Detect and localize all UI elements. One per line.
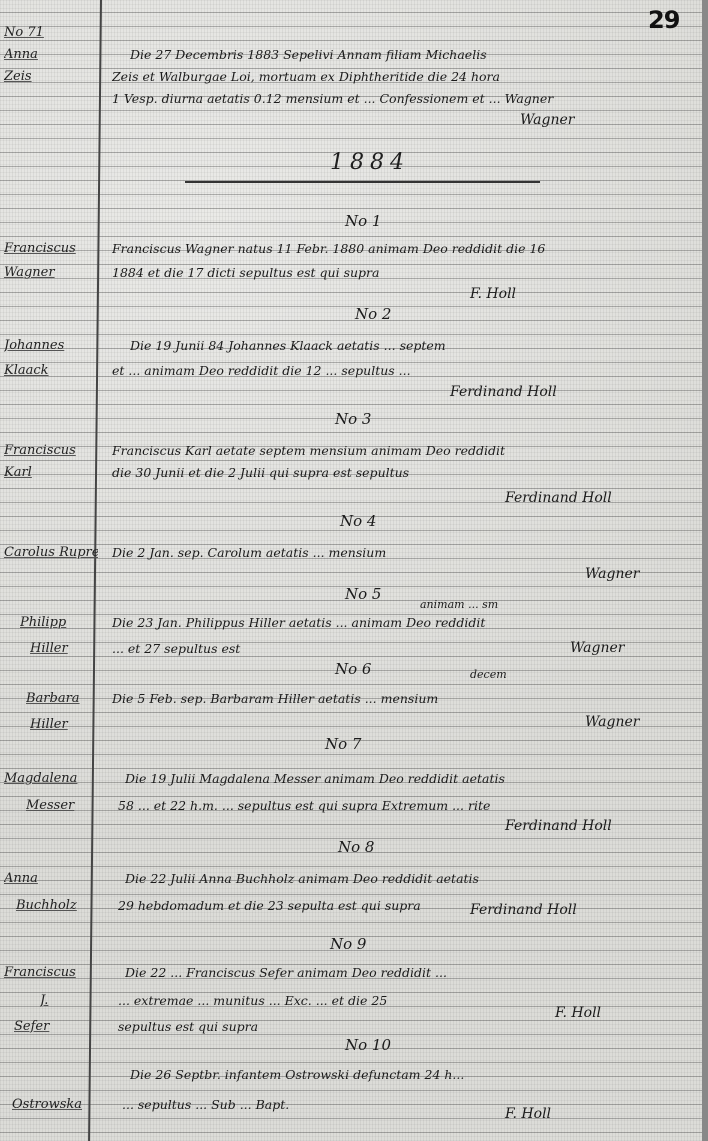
entry-number: No 4 [340, 512, 376, 530]
entry-number: No 8 [338, 838, 374, 856]
deceased-surname: Wagner [4, 262, 98, 284]
entry-text-line: sepultus est qui supra [118, 1016, 703, 1038]
priest-signature: Wagner [570, 640, 624, 656]
deceased-surname: Hiller [30, 714, 124, 736]
interlinear-note: animam ... sm [420, 598, 498, 611]
deceased-name: Carolus Ruprecht [4, 542, 98, 564]
deceased-surname: Ostrowska [12, 1094, 106, 1116]
entry-text-line: ... extremae ... munitus ... Exc. ... et… [118, 990, 703, 1012]
entry-text-line: Die 22 Julii Anna Buchholz animam Deo re… [125, 868, 708, 890]
deceased-surname: Hiller [30, 638, 124, 660]
entry-number: No 1 [345, 212, 381, 230]
deceased-first-name: Magdalena [4, 768, 98, 790]
entry-text-line: Franciscus Wagner natus 11 Febr. 1880 an… [112, 238, 697, 260]
deceased-first-name: Franciscus [4, 440, 98, 462]
entry-text-line: 29 hebdomadum et die 23 sepulta est qui … [118, 895, 703, 917]
entry-number: No 7 [325, 735, 361, 753]
priest-signature: Ferdinand Holl [505, 490, 612, 506]
priest-signature: F. Holl [505, 1106, 551, 1122]
page-number: 29 [648, 6, 679, 34]
entry-text-line: Die 19 Junii 84 Johannes Klaack aetatis … [130, 335, 708, 357]
entry-text-line: Die 26 Septbr. infantem Ostrowski defunc… [130, 1064, 708, 1086]
priest-signature: Ferdinand Holl [450, 384, 557, 400]
entry-text-line: Die 5 Feb. sep. Barbaram Hiller aetatis … [112, 688, 697, 710]
priest-signature: F. Holl [555, 1005, 601, 1021]
entry-text-line: Die 27 Decembris 1883 Sepelivi Annam fil… [130, 44, 708, 66]
entry-number: No 2 [355, 305, 391, 323]
entry-text-line: 1884 et die 17 dicti sepultus est qui su… [112, 262, 697, 284]
entry-text-line: Die 23 Jan. Philippus Hiller aetatis ...… [112, 612, 697, 634]
deceased-first-name: Philipp [20, 612, 114, 634]
deceased-first-name: Franciscus [4, 962, 98, 984]
deceased-first-name: Franciscus [4, 238, 98, 260]
interlinear-note: decem [470, 668, 507, 681]
deceased-surname: Klaack [4, 360, 98, 382]
entry-number: No 9 [330, 935, 366, 953]
priest-signature: F. Holl [470, 286, 516, 302]
entry-text-line: Die 19 Julii Magdalena Messer animam Deo… [125, 768, 708, 790]
entry-number-label: No 71 [4, 22, 98, 44]
priest-signature: Wagner [585, 566, 639, 582]
entry-number: No 5 [345, 585, 381, 603]
priest-signature: Ferdinand Holl [505, 818, 612, 834]
entry-text-line: die 30 Junii et die 2 Julii qui supra es… [112, 462, 697, 484]
deceased-surname: Buchholz [16, 895, 110, 917]
priest-signature: Ferdinand Holl [470, 902, 577, 918]
year-heading: 1884 [330, 150, 410, 175]
entry-text-line: 1 Vesp. diurna aetatis 0.12 mensium et .… [112, 88, 697, 110]
deceased-first-name: Anna [4, 868, 98, 890]
year-underline [185, 181, 540, 183]
deceased-surname: Zeis [4, 66, 98, 88]
entry-text-line: Franciscus Karl aetate septem mensium an… [112, 440, 697, 462]
priest-signature: Wagner [585, 714, 639, 730]
entry-number: No 3 [335, 410, 371, 428]
entry-number: No 10 [345, 1036, 391, 1054]
register-page: 29 No 71 Anna Zeis Die 27 Decembris 1883… [0, 0, 708, 1141]
priest-signature: Wagner [520, 112, 574, 128]
entry-text-line: Die 22 ... Franciscus Sefer animam Deo r… [125, 962, 708, 984]
entry-text-line: Zeis et Walburgae Loi, mortuam ex Diphth… [112, 66, 697, 88]
deceased-first-name: Anna [4, 44, 98, 66]
deceased-surname: Sefer [14, 1016, 108, 1038]
entry-text-line: ... sepultus ... Sub ... Bapt. [122, 1094, 707, 1116]
entry-number: No 6 [335, 660, 371, 678]
entry-text-line: et ... animam Deo reddidit die 12 ... se… [112, 360, 697, 382]
entry-text-line: Die 2 Jan. sep. Carolum aetatis ... mens… [112, 542, 697, 564]
deceased-surname: Karl [4, 462, 98, 484]
deceased-first-name: Barbara [26, 688, 120, 710]
entry-text-line: 58 ... et 22 h.m. ... sepultus est qui s… [118, 795, 703, 817]
deceased-first-name: Johannes [4, 335, 98, 357]
deceased-surname: Messer [26, 795, 120, 817]
